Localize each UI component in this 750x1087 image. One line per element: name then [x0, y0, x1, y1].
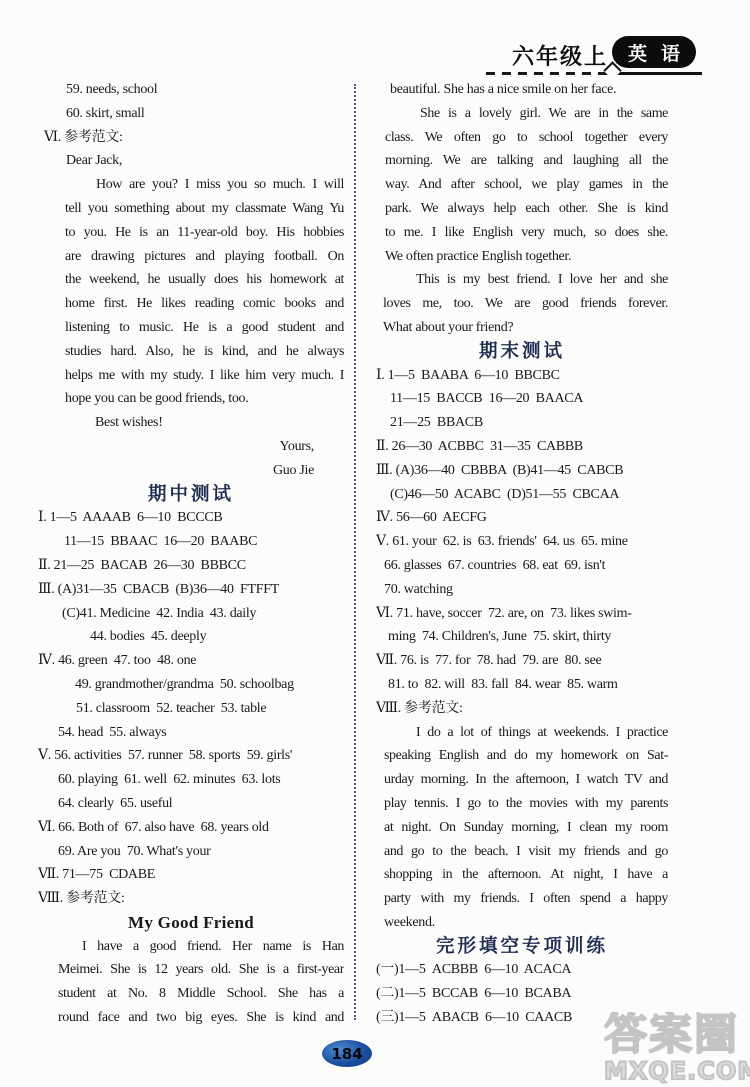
text-line: 69. Are you 70. What's your [38, 840, 344, 864]
page-number-oval: 184 [322, 1040, 372, 1067]
grade-label: 六年级上 [498, 40, 608, 71]
text-line: studies hard. Also, he is kind, and he a… [38, 340, 344, 364]
text-line: Ⅷ. 参考范文: [376, 697, 668, 721]
text-line: ming 74. Children's, June 75. skirt, thi… [376, 625, 668, 649]
text-line: student at No. 8 Middle School. She has … [38, 982, 344, 1006]
text-line: Ⅱ. 21—25 BACAB 26—30 BBBCC [38, 554, 344, 578]
header-dashed-rule [486, 72, 608, 75]
text-line: What about your friend? [376, 316, 668, 340]
text-line: round face and two big eyes. She is kind… [38, 1006, 344, 1030]
text-line: Ⅳ. 46. green 47. too 48. one [38, 649, 344, 673]
text-line: Ⅵ. 71. have, soccer 72. are, on 73. like… [376, 602, 668, 626]
left-column: 59. needs, school60. skirt, smallⅥ. 参考范文… [38, 78, 344, 1030]
text-line: We often practice English together. [376, 245, 668, 269]
text-line: 21—25 BBACB [376, 411, 668, 435]
text-line: beautiful. She has a nice smile on her f… [376, 78, 668, 102]
watermark-site-text: MXQE.COM [604, 1058, 750, 1084]
text-line: Ⅶ. 71—75 CDABE [38, 863, 344, 887]
text-line: at night. On Sunday morning, I clean my … [376, 816, 668, 840]
text-line: morning. We are talking and laughing all… [376, 149, 668, 173]
text-line: 70. watching [376, 578, 668, 602]
text-line: to me. I like English very much, so does… [376, 221, 668, 245]
text-line: She is a lovely girl. We are in the same [376, 102, 668, 126]
text-line: 81. to 82. will 83. fall 84. wear 85. wa… [376, 673, 668, 697]
text-line: listening to music. He is a good student… [38, 316, 344, 340]
text-line: Ⅵ. 参考范文: [38, 126, 344, 150]
column-divider-dotted [354, 84, 356, 1020]
text-line: 66. glasses 67. countries 68. eat 69. is… [376, 554, 668, 578]
text-line: Ⅲ. (A)36—40 CBBBA (B)41—45 CABCB [376, 459, 668, 483]
text-line: tell you something about my classmate Wa… [38, 197, 344, 221]
text-line: (二)1—5 BCCAB 6—10 BCABA [376, 982, 668, 1006]
section-heading: My Good Friend [38, 911, 344, 935]
text-line: 60. playing 61. well 62. minutes 63. lot… [38, 768, 344, 792]
text-line: party with my friends. I often spend a h… [376, 887, 668, 911]
subject-badge-label: 英语 [628, 39, 694, 66]
text-line: 64. clearly 65. useful [38, 792, 344, 816]
text-line: helps me with my study. I like him very … [38, 364, 344, 388]
text-line: 59. needs, school [38, 78, 344, 102]
text-line: 11—15 BACCB 16—20 BAACA [376, 387, 668, 411]
page-number: 184 [331, 1045, 362, 1063]
text-line: hope you can be good friends, too. [38, 387, 344, 411]
section-heading: 期中测试 [38, 483, 344, 507]
text-line: 11—15 BBAAC 16—20 BAABC [38, 530, 344, 554]
text-line: Ⅳ. 56—60 AECFG [376, 506, 668, 530]
watermark: 答案圈 MXQE.COM [604, 1012, 750, 1084]
text-line: the weekend, he usually does his homewor… [38, 268, 344, 292]
text-line: How are you? I miss you so much. I will [38, 173, 344, 197]
text-line: 51. classroom 52. teacher 53. table [38, 697, 344, 721]
text-line: weekend. [376, 911, 668, 935]
text-line: Meimei. She is 12 years old. She is a fi… [38, 958, 344, 982]
text-line: I do a lot of things at weekends. I prac… [376, 721, 668, 745]
text-line: park. We always help each other. She is … [376, 197, 668, 221]
text-line: I have a good friend. Her name is Han [38, 935, 344, 959]
scanned-answer-page: 六年级上 英语 59. needs, school60. skirt, smal… [0, 0, 750, 1087]
text-line: way. And after school, we play games in … [376, 173, 668, 197]
text-line: Ⅴ. 61. your 62. is 63. friends' 64. us 6… [376, 530, 668, 554]
text-line: speaking English and do my homework on S… [376, 744, 668, 768]
right-column: beautiful. She has a nice smile on her f… [376, 78, 668, 1030]
text-line: 60. skirt, small [38, 102, 344, 126]
text-line: play tennis. I go to the movies with my … [376, 792, 668, 816]
text-line: Ⅲ. (A)31—35 CBACB (B)36—40 FTFFT [38, 578, 344, 602]
text-line: 49. grandmother/grandma 50. schoolbag [38, 673, 344, 697]
text-line: Ⅴ. 56. activities 57. runner 58. sports … [38, 744, 344, 768]
text-line: Ⅰ. 1—5 AAAAB 6—10 BCCCB [38, 506, 344, 530]
text-line: Ⅵ. 66. Both of 67. also have 68. years o… [38, 816, 344, 840]
text-line: (一)1—5 ACBBB 6—10 ACACA [376, 958, 668, 982]
text-line: loves me, too. We are good friends forev… [376, 292, 668, 316]
text-line: are drawing pictures and playing footbal… [38, 245, 344, 269]
text-line: Yours, [38, 435, 344, 459]
section-heading: 期末测试 [376, 340, 668, 364]
text-line: class. We often go to school together ev… [376, 126, 668, 150]
text-line: and go to the beach. I visit my friends … [376, 840, 668, 864]
text-line: Dear Jack, [38, 149, 344, 173]
text-line: home first. He likes reading comic books… [38, 292, 344, 316]
text-line: shopping in the afternoon. At night, I h… [376, 863, 668, 887]
section-heading: 完形填空专项训练 [376, 935, 668, 959]
text-line: Ⅷ. 参考范文: [38, 887, 344, 911]
text-line: 44. bodies 45. deeply [38, 625, 344, 649]
text-line: Ⅰ. 1—5 BAABA 6—10 BBCBC [376, 364, 668, 388]
text-line: 54. head 55. always [38, 721, 344, 745]
text-line: urday morning. In the afternoon, I watch… [376, 768, 668, 792]
text-line: Ⅶ. 76. is 77. for 78. had 79. are 80. se… [376, 649, 668, 673]
text-line: Best wishes! [38, 411, 344, 435]
text-line: This is my best friend. I love her and s… [376, 268, 668, 292]
text-line: Guo Jie [38, 459, 344, 483]
text-line: to you. He is an 11-year-old boy. His ho… [38, 221, 344, 245]
watermark-logo-text: 答案圈 [604, 1012, 750, 1058]
text-line: (C)46—50 ACABC (D)51—55 CBCAA [376, 483, 668, 507]
text-line: (C)41. Medicine 42. India 43. daily [38, 602, 344, 626]
text-line: Ⅱ. 26—30 ACBBC 31—35 CABBB [376, 435, 668, 459]
subject-badge: 英语 [612, 36, 696, 68]
